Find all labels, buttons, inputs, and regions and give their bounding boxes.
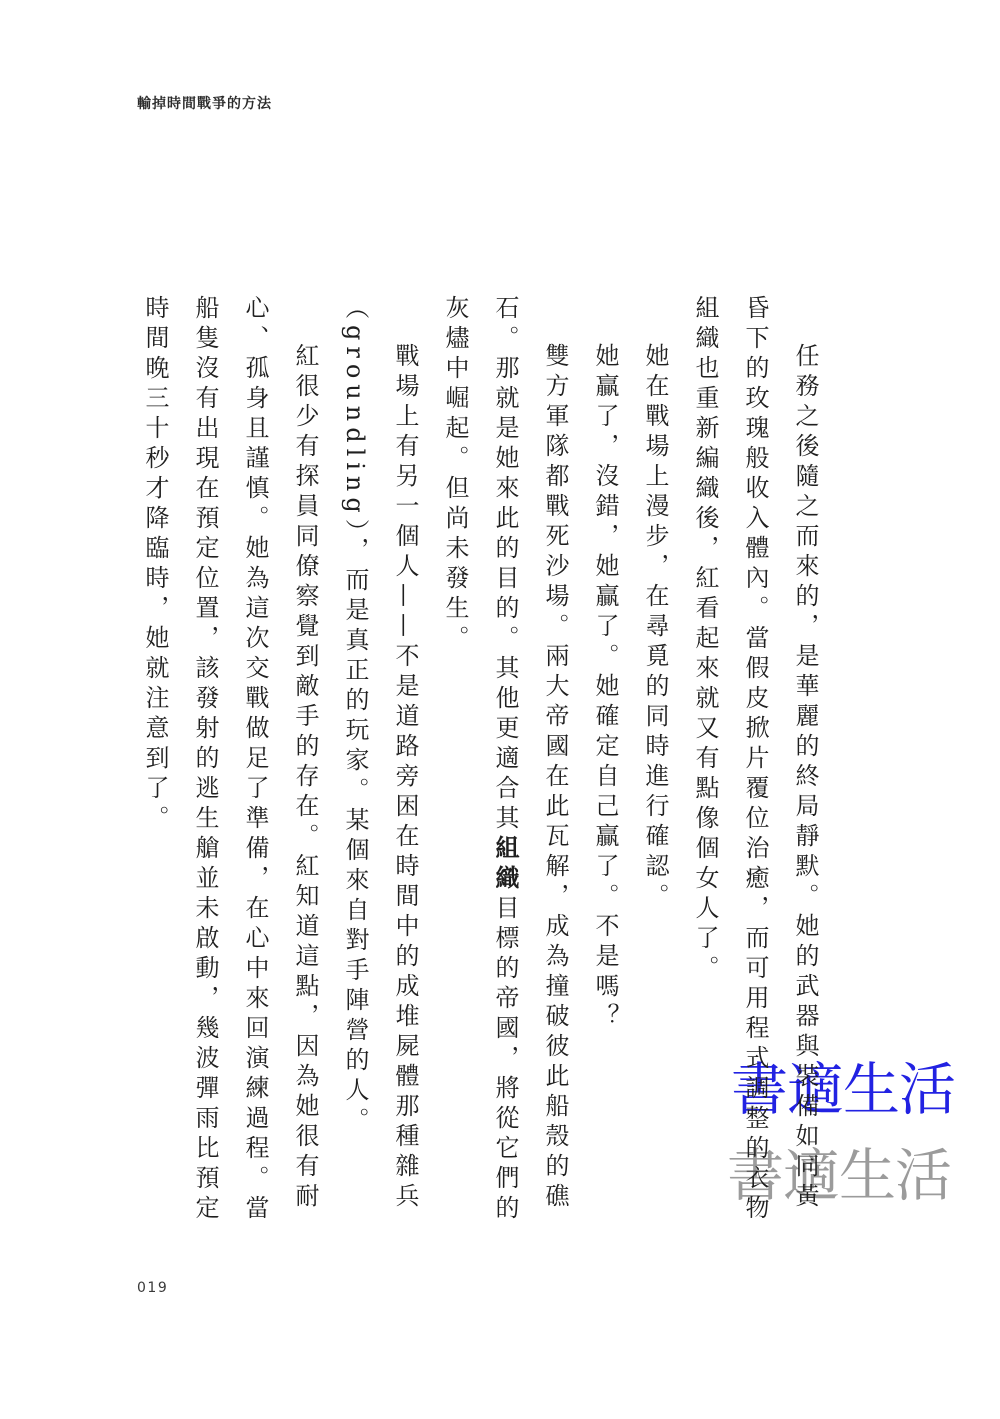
paragraph-4: 雙方軍隊都戰死沙場。兩大帝國在此瓦解，成為撞破彼此船殼的礁石。那就是她來此的目的… bbox=[430, 295, 580, 1236]
paragraph-1: 任務之後隨之而來的，是華麗的終局靜默。她的武器與裝備如同黃昏下的玫瑰般收入體內。… bbox=[680, 295, 830, 1236]
paragraph-3: 她贏了，沒錯，她贏了。她確定自己贏了。不是嗎？ bbox=[580, 295, 630, 1236]
running-header: 輸掉時間戰爭的方法 bbox=[137, 93, 272, 113]
body-text: 任務之後隨之而來的，是華麗的終局靜默。她的武器與裝備如同黃昏下的玫瑰般收入體內。… bbox=[138, 295, 830, 1236]
bold-term-organization: 組織 bbox=[491, 835, 520, 895]
paragraph-2: 她在戰場上漫步，在尋覓的同時進行確認。 bbox=[630, 295, 680, 1236]
paragraph-5: 戰場上有另一個人——不是道路旁困在時間中的成堆屍體那種雜兵（groundling… bbox=[330, 295, 430, 1236]
page-number: 019 bbox=[137, 1280, 168, 1296]
paragraph-6: 紅很少有探員同僚察覺到敵手的存在。紅知道這點，因為她很有耐心、孤身且謹慎。她為這… bbox=[130, 295, 330, 1236]
